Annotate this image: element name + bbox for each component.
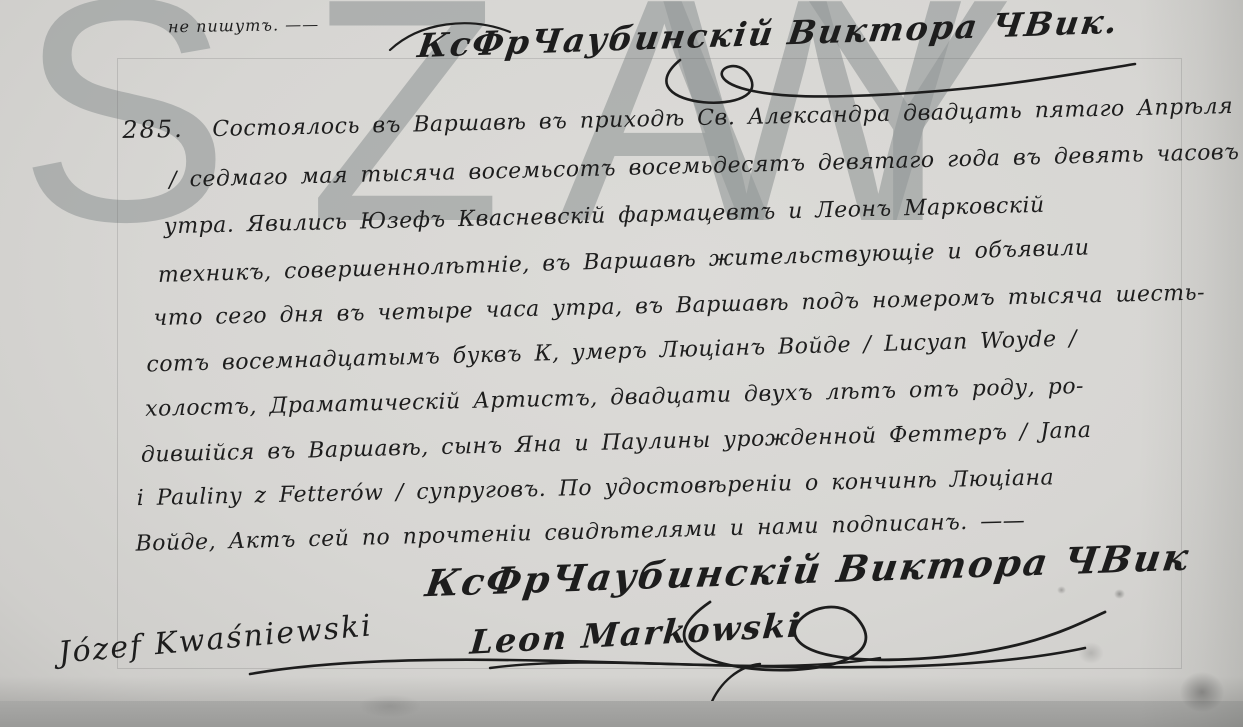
ink-spot — [1057, 586, 1066, 594]
scan-bottom-shadow — [0, 676, 1243, 702]
paper-smudge — [360, 695, 420, 717]
ink-spot — [1114, 589, 1125, 599]
paper-smudge — [1078, 642, 1104, 664]
act-number: 285. — [122, 115, 184, 144]
paper-smudge — [1180, 672, 1224, 712]
margin-note: не пишутъ. —— — [168, 15, 319, 37]
scanned-document: S Z A W Y не пишутъ. —— КсФрЧаубинскій В… — [0, 0, 1243, 727]
scan-bottom-edge — [0, 701, 1243, 727]
scan-right-edge — [1138, 0, 1243, 727]
